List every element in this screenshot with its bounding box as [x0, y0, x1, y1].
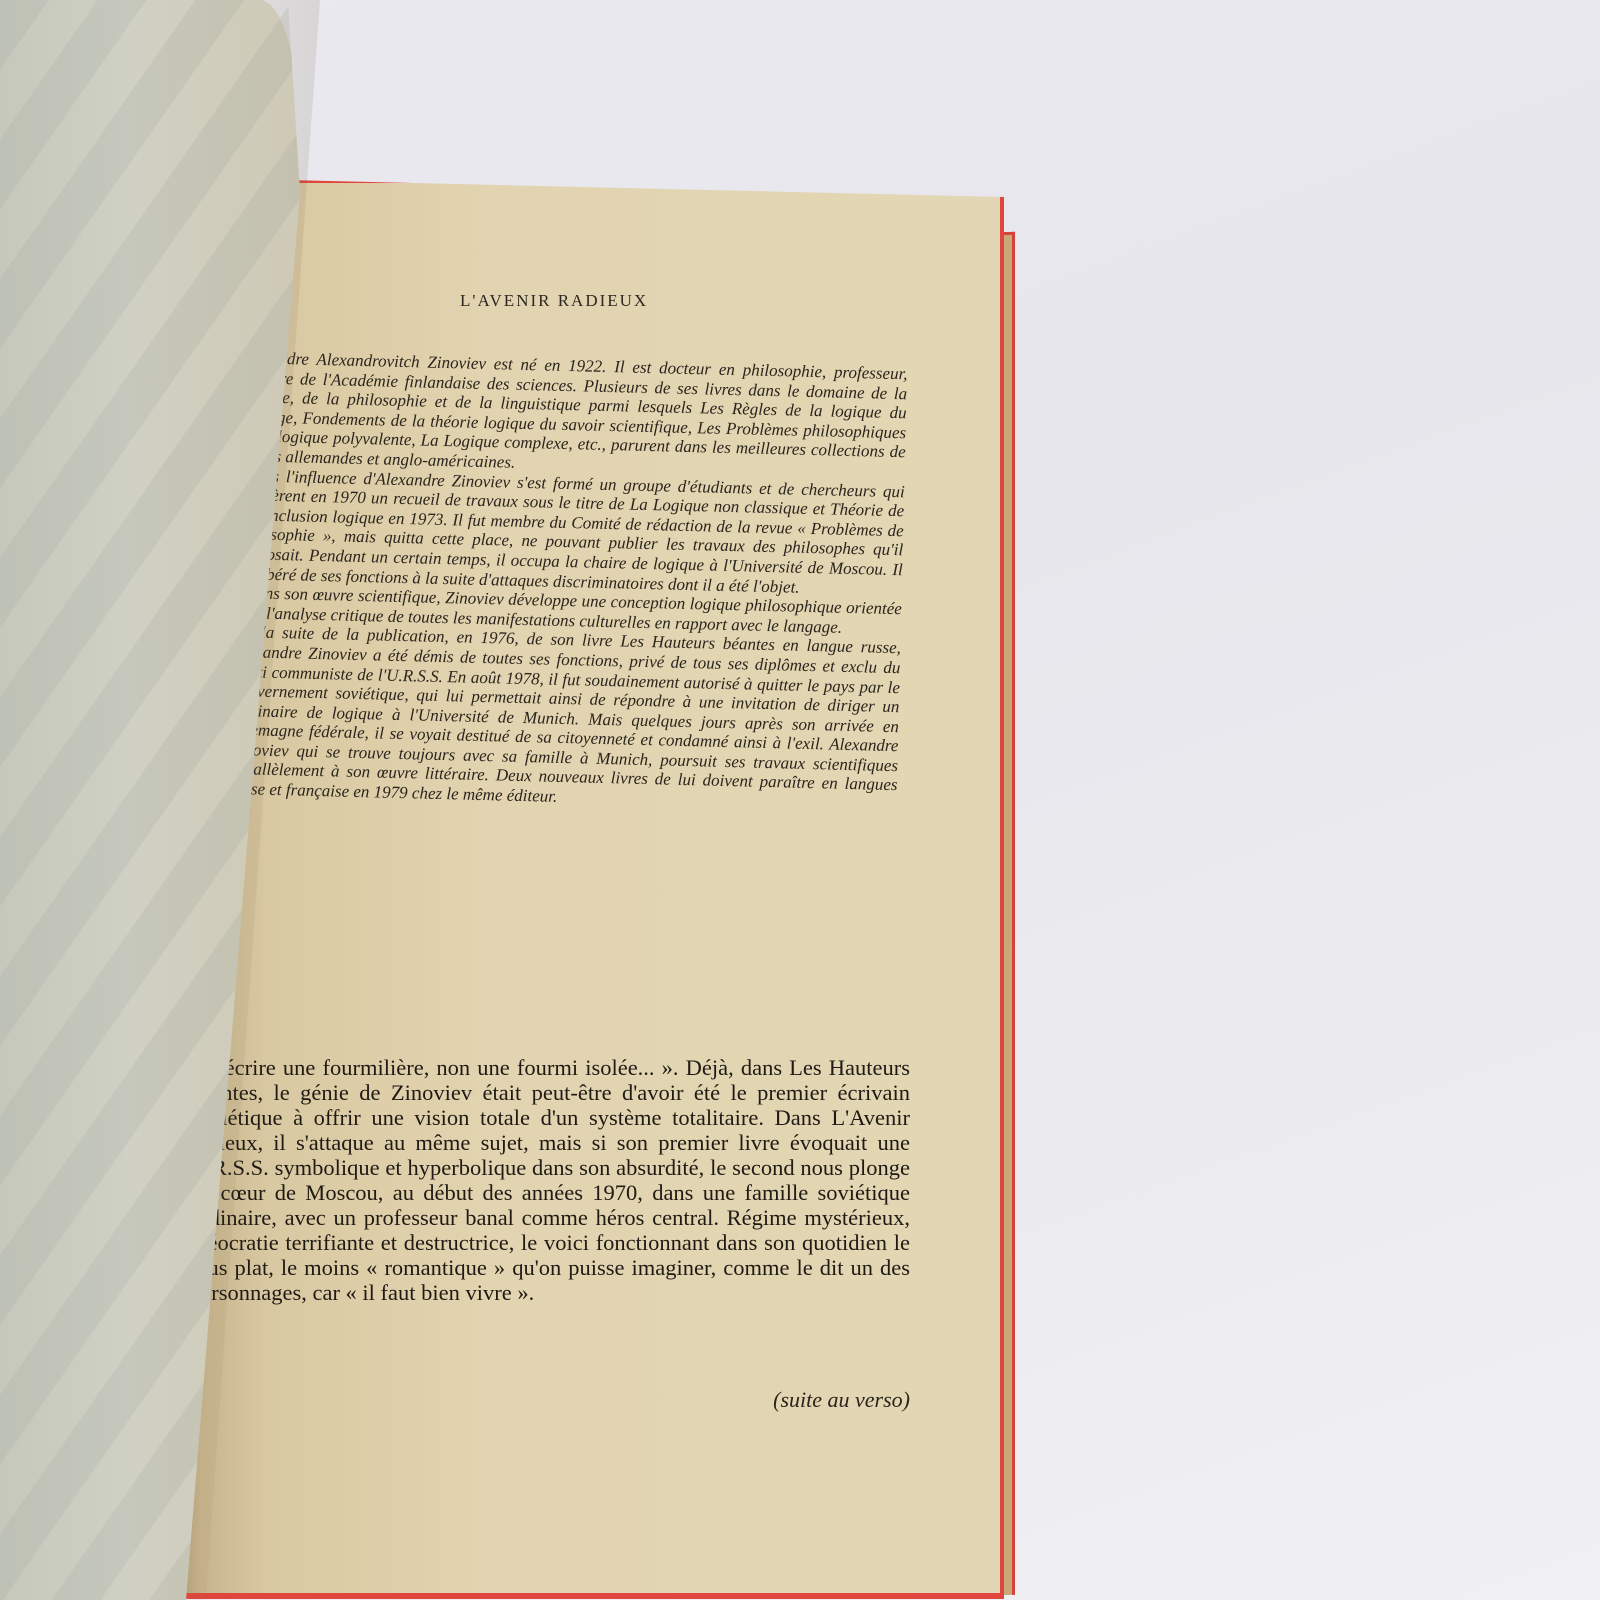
bio-paragraph: Sous l'influence d'Alexandre Zinoviev s'…	[234, 466, 905, 600]
bio-paragraph: Alexandre Alexandrovitch Zinoviev est né…	[237, 348, 908, 482]
author-biography: Alexandre Alexandrovitch Zinoviev est né…	[229, 348, 908, 815]
bio-paragraph: A la suite de la publication, en 1976, d…	[229, 622, 901, 815]
continuation-note: (suite au verso)	[773, 1387, 910, 1413]
book-description: « Décrire une fourmilière, non une fourm…	[190, 1055, 910, 1305]
description-paragraph: « Décrire une fourmilière, non une fourm…	[190, 1055, 910, 1305]
book-title: L'AVENIR RADIEUX	[460, 291, 648, 311]
